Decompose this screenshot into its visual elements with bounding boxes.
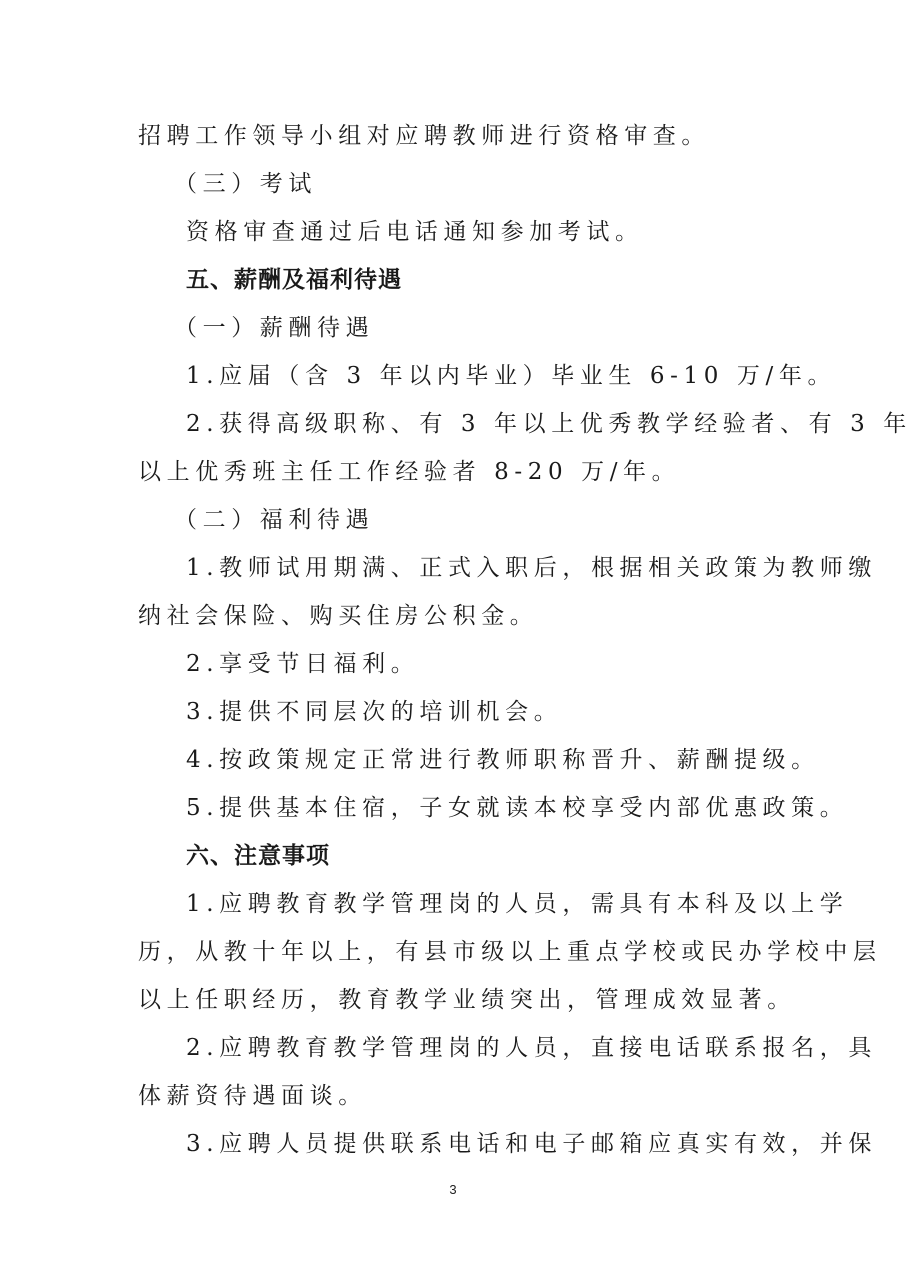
subheading-benefits: （二）福利待遇 <box>138 496 778 544</box>
paragraph-line-benefit-1-cont: 纳社会保险、购买住房公积金。 <box>138 592 778 640</box>
paragraph-line-benefit-3: 3.提供不同层次的培训机会。 <box>138 688 778 736</box>
paragraph-line-salary-2: 2.获得高级职称、有 3 年以上优秀教学经验者、有 3 年 <box>138 400 778 448</box>
subheading-exam: （三）考试 <box>138 160 778 208</box>
section-heading-notes: 六、注意事项 <box>138 832 778 880</box>
paragraph-line-benefit-2: 2.享受节日福利。 <box>138 640 778 688</box>
paragraph-line-salary-1: 1.应届（含 3 年以内毕业）毕业生 6-10 万/年。 <box>138 352 778 400</box>
paragraph-line-note-1-cont-a: 历，从教十年以上，有县市级以上重点学校或民办学校中层 <box>138 928 778 976</box>
document-page: 招聘工作领导小组对应聘教师进行资格审查。 （三）考试 资格审查通过后电话通知参加… <box>0 0 906 1280</box>
page-number: 3 <box>0 1182 906 1197</box>
document-body: 招聘工作领导小组对应聘教师进行资格审查。 （三）考试 资格审查通过后电话通知参加… <box>138 112 778 1168</box>
paragraph-line-benefit-1: 1.教师试用期满、正式入职后，根据相关政策为教师缴 <box>138 544 778 592</box>
paragraph-line-benefit-4: 4.按政策规定正常进行教师职称晋升、薪酬提级。 <box>138 736 778 784</box>
paragraph-line-note-2-cont: 体薪资待遇面谈。 <box>138 1072 778 1120</box>
paragraph-line-qualification-review: 招聘工作领导小组对应聘教师进行资格审查。 <box>138 112 778 160</box>
section-heading-salary-benefits: 五、薪酬及福利待遇 <box>138 256 778 304</box>
paragraph-line-note-2: 2.应聘教育教学管理岗的人员，直接电话联系报名，具 <box>138 1024 778 1072</box>
paragraph-line-benefit-5: 5.提供基本住宿，子女就读本校享受内部优惠政策。 <box>138 784 778 832</box>
paragraph-line-note-3: 3.应聘人员提供联系电话和电子邮箱应真实有效，并保 <box>138 1120 778 1168</box>
paragraph-line-salary-2-cont: 以上优秀班主任工作经验者 8-20 万/年。 <box>138 448 778 496</box>
subheading-salary: （一）薪酬待遇 <box>138 304 778 352</box>
paragraph-line-note-1-cont-b: 以上任职经历，教育教学业绩突出，管理成效显著。 <box>138 976 778 1024</box>
paragraph-line-note-1: 1.应聘教育教学管理岗的人员，需具有本科及以上学 <box>138 880 778 928</box>
paragraph-line-exam-notice: 资格审查通过后电话通知参加考试。 <box>138 208 778 256</box>
